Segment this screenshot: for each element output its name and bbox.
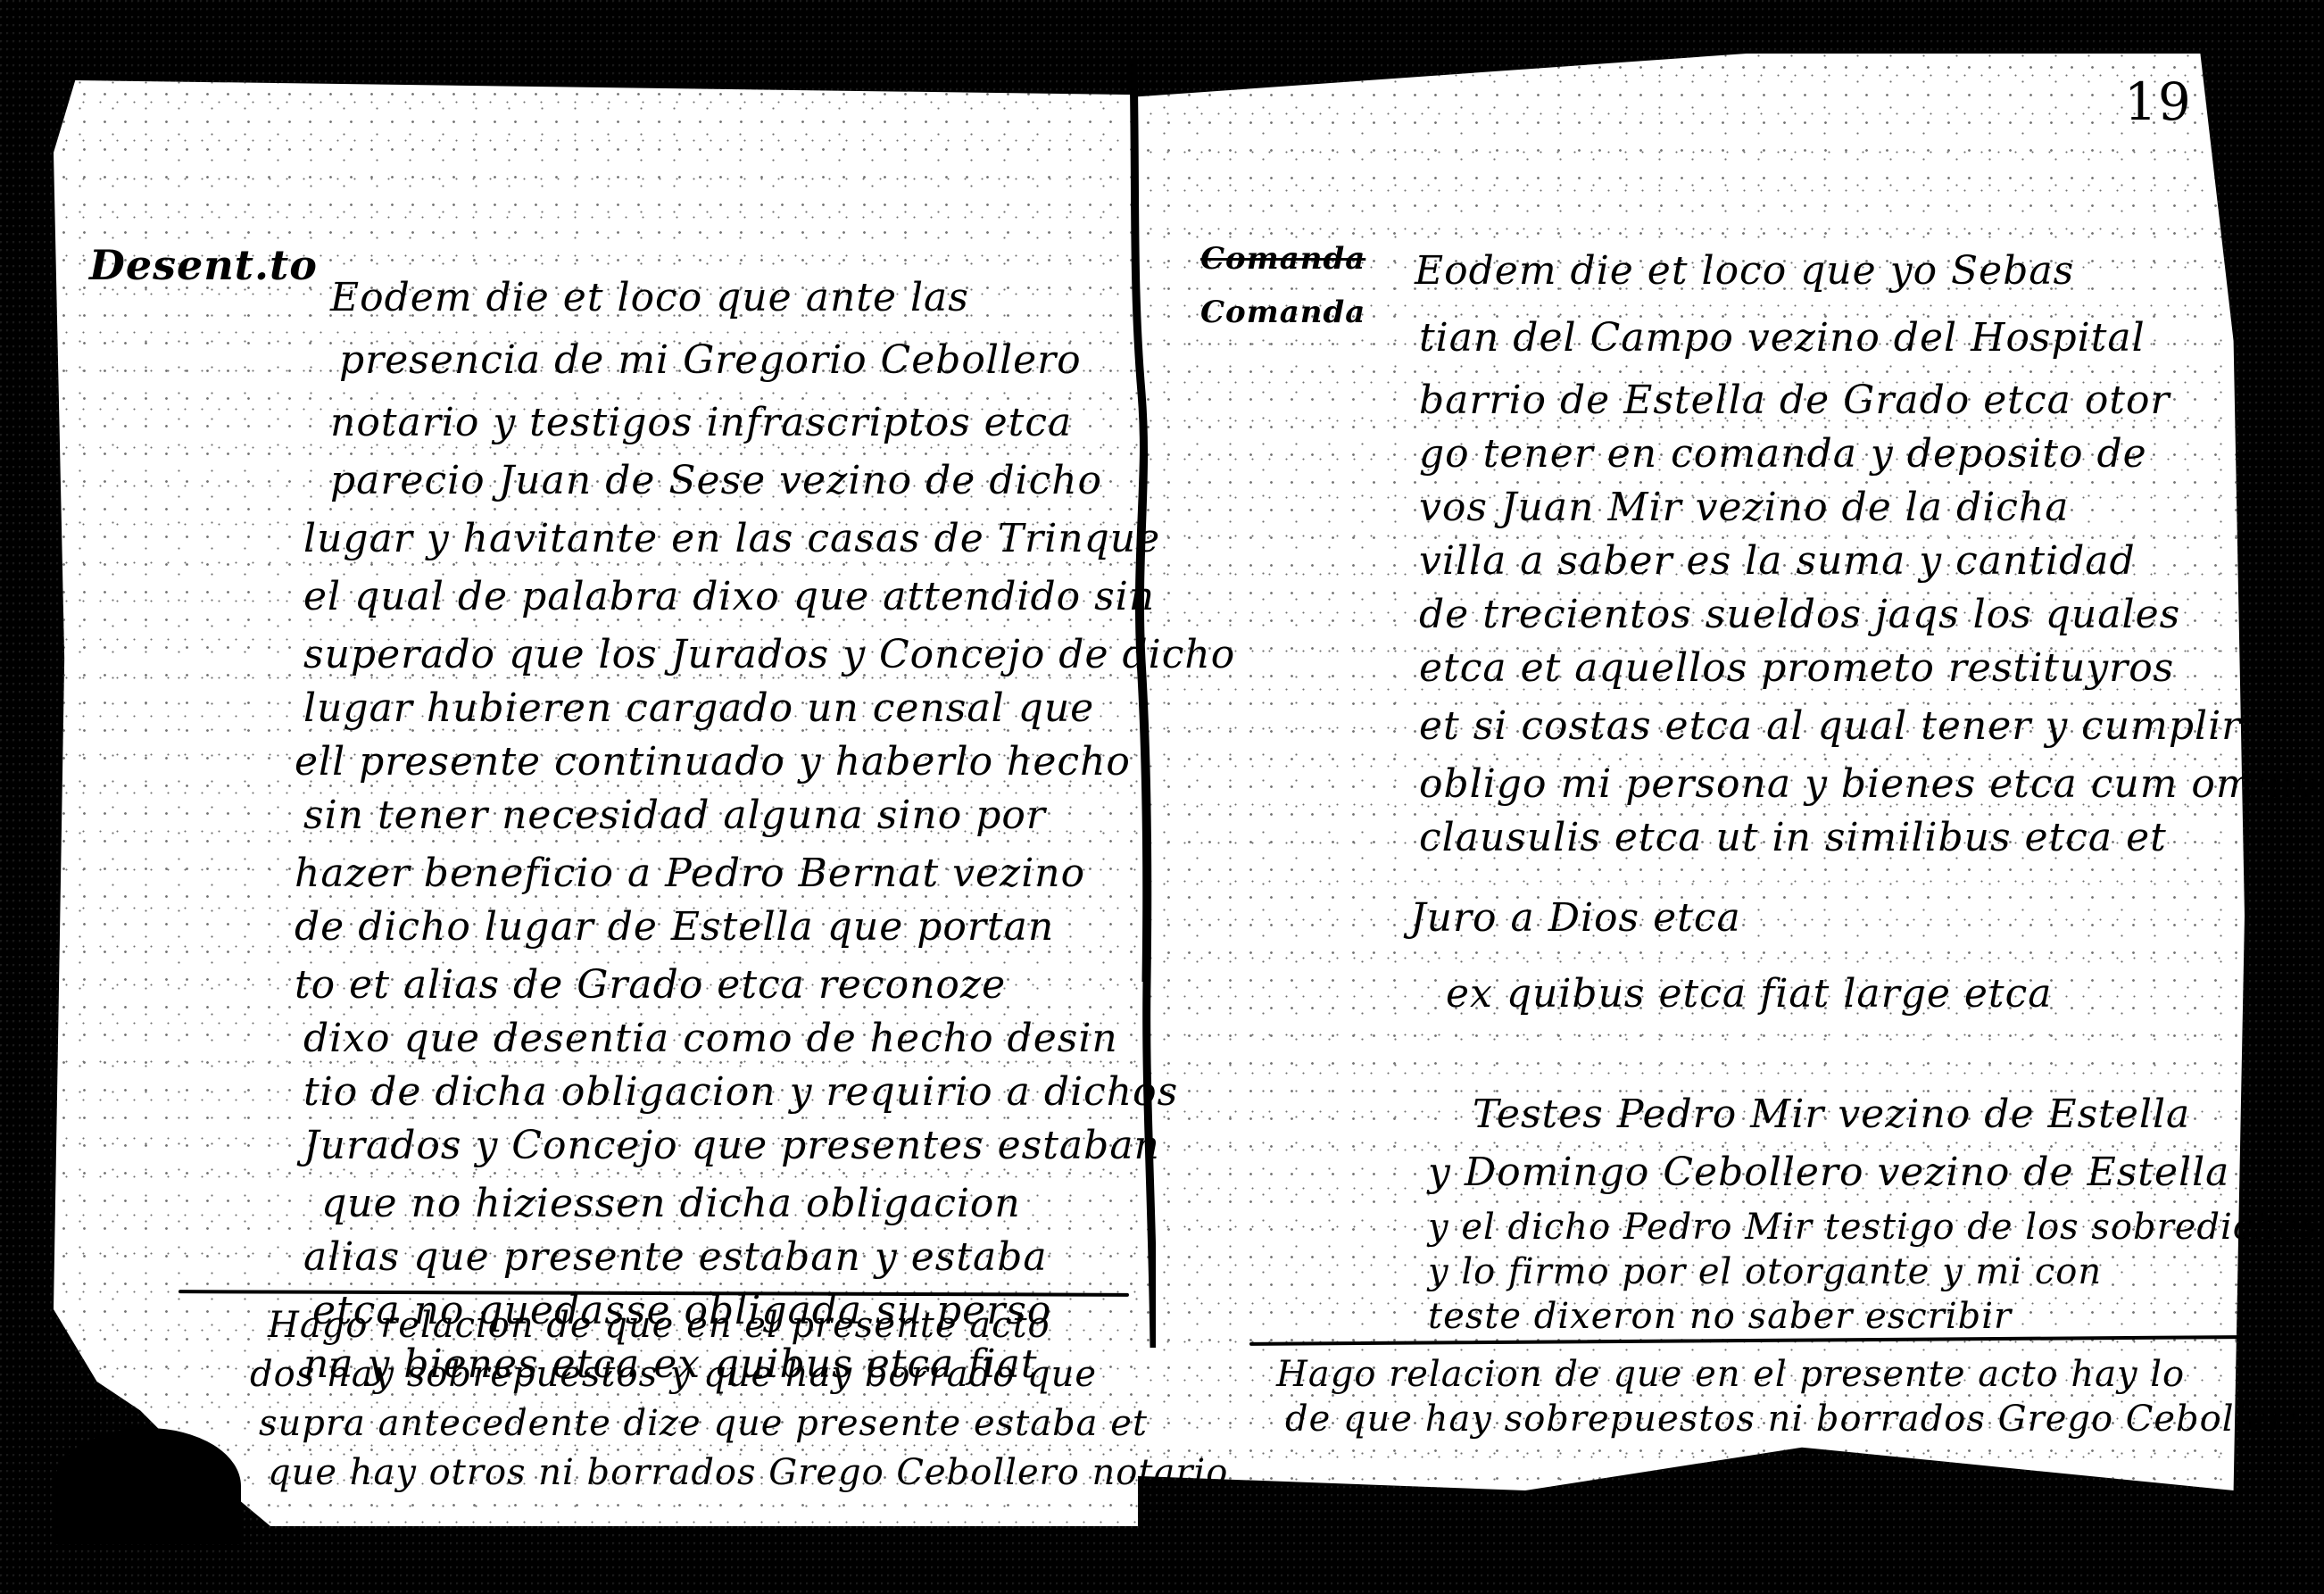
right-witness-line: y lo firmo por el otorgante y mi con — [1428, 1249, 2102, 1294]
right-body-line: go tener en comanda y deposito de — [1419, 428, 2147, 480]
right-body-line: etca et aquellos prometo restituyros — [1419, 643, 2174, 694]
right-body-line: vos Juan Mir vezino de la dicha — [1419, 482, 2070, 534]
left-body-line: sin tener necesidad alguna sino por — [303, 790, 1046, 842]
left-body-line: Eodem die et loco que ante las — [330, 272, 969, 324]
right-margin-note-struck: Comanda — [1200, 241, 1365, 277]
left-body-line: dixo que desentia como de hecho desin — [303, 1013, 1118, 1065]
binding-shadow — [54, 1428, 241, 1544]
right-body-line: clausulis etca ut in similibus etca et — [1419, 812, 2167, 864]
right-closing-line: ex quibus etca fiat large etca — [1446, 968, 2052, 1020]
left-body-line: de dicho lugar de Estella que portan — [295, 901, 1054, 953]
left-body-line: que no hiziessen dicha obligacion — [321, 1178, 1021, 1230]
left-body-line: hazer beneficio a Pedro Bernat vezino — [295, 848, 1085, 900]
right-witness-line: Testes Pedro Mir vezino de Estella — [1473, 1089, 2190, 1141]
right-body-line: villa a saber es la suma y cantidad — [1419, 535, 2136, 587]
left-body-line: superado que los Jurados y Concejo de di… — [303, 629, 1235, 681]
right-footnote-line: de que hay sobrepuestos ni borrados Greg… — [1285, 1397, 2324, 1441]
right-footnote-line: Hago relacion de que en el presente acto… — [1276, 1352, 2185, 1397]
gutter-line-icon — [1129, 18, 1156, 1392]
right-body-line: Eodem die et loco que yo Sebas — [1415, 245, 2074, 297]
left-margin-note: Desent.to — [89, 241, 318, 289]
left-body-line: lugar y havitante en las casas de Trinqu… — [303, 513, 1160, 565]
left-body-line: tio de dicha obligacion y requirio a dic… — [303, 1067, 1178, 1118]
folio-number: 19 — [2124, 71, 2192, 132]
right-body-line: tian del Campo vezino del Hospital — [1419, 312, 2146, 364]
left-footnote-line: dos hay sobrepuestos y que hay borrado q… — [250, 1352, 1097, 1397]
right-body-line: barrio de Estella de Grado etca otor — [1419, 375, 2170, 427]
left-footnote-line: que hay otros ni borrados Grego Ceboller… — [268, 1450, 1228, 1495]
left-body-line: lugar hubieren cargado un censal que — [303, 683, 1094, 735]
left-body-line: notario y testigos infrascriptos etca — [330, 397, 1072, 449]
left-body-line: parecio Juan de Sese vezino de dicho — [330, 455, 1102, 507]
left-body-line: Jurados y Concejo que presentes estaban — [303, 1120, 1160, 1172]
right-body-line: Juro a Dios etca — [1410, 892, 1741, 944]
left-footnote-line: Hago relacion de que en el presente acto — [268, 1303, 1050, 1348]
left-body-line: ell presente continuado y haberlo hecho — [295, 736, 1131, 788]
left-body-line: presencia de mi Gregorio Cebollero — [339, 335, 1082, 386]
right-margin-note: Comanda — [1200, 295, 1365, 330]
right-body-line: et si costas etca al qual tener y cumpli… — [1419, 701, 2241, 752]
right-body-line: obligo mi persona y bienes etca cum omni… — [1419, 759, 2324, 810]
left-body-line: alias que presente estaban y estaba — [303, 1232, 1048, 1283]
right-witness-line: y el dicho Pedro Mir testigo de los sobr… — [1428, 1205, 2320, 1249]
left-body-line: el qual de palabra dixo que attendido si… — [303, 571, 1155, 623]
page-gutter-line — [1129, 18, 1156, 1392]
left-body-line: to et alias de Grado etca reconoze — [295, 959, 1006, 1011]
left-footnote-line: supra antecedente dize que presente esta… — [259, 1401, 1148, 1446]
right-witness-line: y Domingo Cebollero vezino de Estella — [1428, 1147, 2229, 1199]
right-body-line: de trecientos sueldos jaqs los quales — [1419, 589, 2180, 641]
right-witness-line: teste dixeron no saber escribir — [1428, 1294, 2012, 1339]
